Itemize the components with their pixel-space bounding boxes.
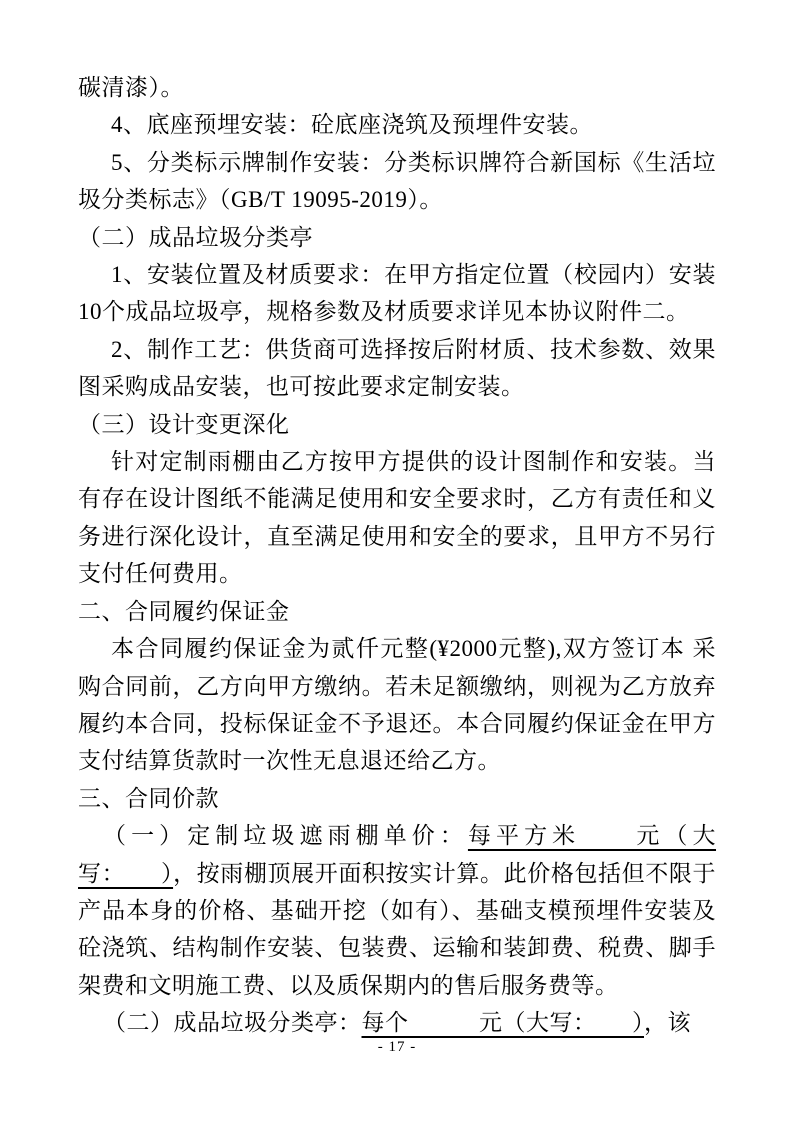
item-1-installation-location: 1、安装位置及材质要求：在甲方指定位置（校园内）安装10个成品垃圾亭，规格参数及… — [78, 256, 716, 331]
paragraph-performance-bond-terms: 本合同履约保证金为贰仟元整(¥2000元整),双方签订本 采购合同前，乙方向甲方… — [78, 630, 716, 780]
kiosk-price-continuation-text: ，该 — [644, 1010, 691, 1035]
page-number: - 17 - — [78, 1036, 716, 1058]
canopy-price-label: （一）定制垃圾遮雨棚单价： — [103, 823, 468, 848]
item-2-manufacturing-process: 2、制作工艺：供货商可选择按后附材质、技术参数、效果图采购成品安装，也可按此要求… — [78, 331, 716, 406]
subheading-design-change-deepening: （三）设计变更深化 — [78, 406, 716, 443]
kiosk-price-label: （二）成品垃圾分类亭： — [103, 1010, 362, 1035]
item-4-base-embedment: 4、底座预埋安装：砼底座浇筑及预埋件安装。 — [78, 106, 716, 143]
contract-body-text: 碳清漆）。 4、底座预埋安装：砼底座浇筑及预埋件安装。 5、分类标示牌制作安装：… — [78, 69, 716, 1042]
kiosk-price-blank-underline: 每个 元（大写： ） — [362, 1010, 645, 1035]
paragraph-design-deepening-terms: 针对定制雨棚由乙方按甲方提供的设计图制作和安装。当有存在设计图纸不能满足使用和安… — [78, 443, 716, 593]
item-5-classification-sign: 5、分类标示牌制作安装：分类标识牌符合新国标《生活垃圾分类标志》（GB/T 19… — [78, 144, 716, 219]
document-page: 碳清漆）。 4、底座预埋安装：砼底座浇筑及预埋件安装。 5、分类标示牌制作安装：… — [0, 0, 793, 1122]
subheading-finished-garbage-kiosk: （二）成品垃圾分类亭 — [78, 219, 716, 256]
paragraph-carbon-varnish-continuation: 碳清漆）。 — [78, 69, 716, 106]
canopy-price-scope-text: ，按雨棚顶展开面积按实计算。此价格包括但不限于产品本身的价格、基础开挖（如有）、… — [78, 861, 716, 998]
paragraph-canopy-unit-price: （一）定制垃圾遮雨棚单价：每平方米 元（大写： ），按雨棚顶展开面积按实计算。此… — [78, 817, 716, 1004]
heading-contract-performance-bond: 二、合同履约保证金 — [78, 593, 716, 630]
heading-contract-price: 三、合同价款 — [78, 780, 716, 817]
